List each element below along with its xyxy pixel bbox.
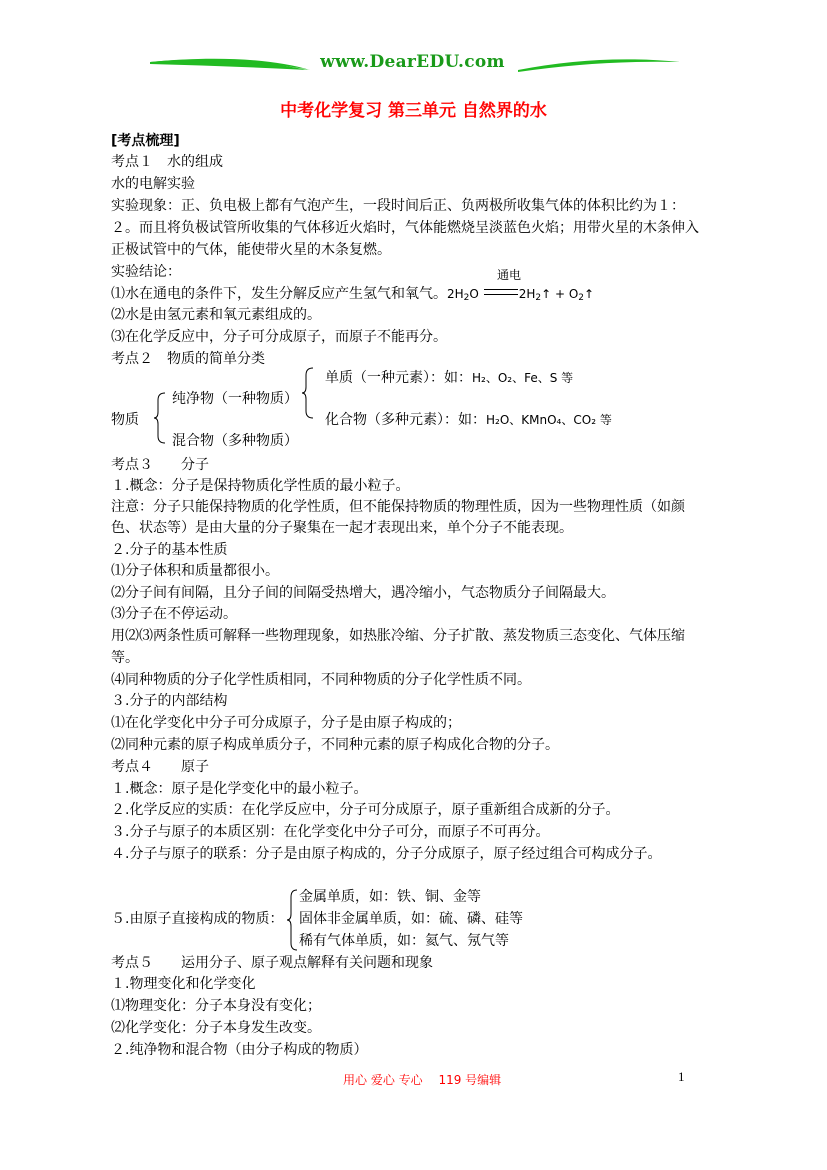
kp4-l5-item: 稀有气体单质，如：氦气、氖气等 [299, 931, 509, 952]
kp1-phenomenon-3: 正极试管中的气体，能使带火星的木条复燃。 [111, 240, 391, 261]
kp4-l5-item: 固体非金属单质，如：硫、磷、硅等 [299, 909, 523, 930]
kp1-heading: 考点１ 水的组成 [111, 152, 223, 173]
kp5-l3: ⑵化学变化：分子本身发生改变。 [111, 1018, 321, 1039]
section-label: [考点梳理] [111, 131, 180, 152]
kp3-l6: ⑵分子间有间隔，且分子间的间隔受热增大，遇冷缩小，气态物质分子间隔最大。 [111, 583, 615, 604]
kp4-l3: ３.分子与原子的本质区别：在化学变化中分子可分，而原子不可再分。 [111, 822, 549, 843]
site-banner: www.DearEDU.com [150, 48, 680, 78]
left-brace-icon [286, 889, 298, 951]
kp3-l1: １.概念：分子是保持物质化学性质的最小粒子。 [111, 476, 409, 497]
kp2-root: 物质 [111, 410, 139, 431]
kp5-l4: ２.纯净物和混合物（由分子构成的物质） [111, 1040, 367, 1061]
kp4-l1: １.概念：原子是化学变化中的最小粒子。 [111, 779, 367, 800]
kp3-l13: ⑵同种元素的原子构成单质分子，不同种元素的原子构成化合物的分子。 [111, 735, 559, 756]
kp2-compound: 化合物（多种元素）：如：H₂O、KMnO₄、CO₂ 等 [325, 410, 612, 431]
kp4-l5-label: ５.由原子直接构成的物质： [111, 909, 283, 930]
page-title: 中考化学复习 第三单元 自然界的水 [0, 96, 827, 121]
footer-text: 用心 爱心 专心 119 号编辑 [343, 1071, 501, 1088]
equation-condition: 通电 [497, 266, 521, 283]
kp3-l7: ⑶分子在不停运动。 [111, 604, 237, 625]
kp3-l12: ⑴在化学变化中分子可分成原子，分子是由原子构成的； [111, 713, 461, 734]
kp4-l5-item: 金属单质，如：铁、铜、金等 [299, 887, 481, 908]
kp3-l9: 等。 [111, 648, 139, 669]
kp1-conclusion-label: 实验结论： [111, 262, 181, 283]
kp1-c3: ⑶在化学反应中，分子可分成原子，而原子不能再分。 [111, 327, 447, 348]
equals-sign-icon [484, 289, 518, 295]
kp1-phenomenon-1: 实验现象：正、负电极上都有气泡产生，一段时间后正、负两极所收集气体的体积比约为１… [111, 196, 685, 217]
kp2-pure: 纯净物（一种物质） [172, 389, 298, 410]
kp1-sub: 水的电解实验 [111, 174, 195, 195]
kp5-l1: １.物理变化和化学变化 [111, 974, 255, 995]
kp3-l10: ⑷同种物质的分子化学性质相同，不同种物质的分子化学性质不同。 [111, 670, 531, 691]
kp5-heading: 考点５ 运用分子、原子观点解释有关问题和现象 [111, 953, 433, 974]
kp4-l2: ２.化学反应的实质：在化学反应中，分子可分成原子，原子重新组合成新的分子。 [111, 800, 619, 821]
kp3-l5: ⑴分子体积和质量都很小。 [111, 561, 279, 582]
electrolysis-equation: 2H2O 2H2↑ + O2↑ [447, 287, 594, 301]
kp3-l2: 注意：分子只能保持物质的化学性质，但不能保持物质的物理性质，因为一些物理性质（如… [111, 497, 685, 518]
kp2-heading: 考点２ 物质的简单分类 [111, 349, 265, 370]
kp1-c2: ⑵水是由氢元素和氧元素组成的。 [111, 305, 321, 326]
left-brace-icon [301, 367, 315, 419]
kp1-c1-text: ⑴水在通电的条件下，发生分解反应产生氢气和氧气。 [111, 286, 447, 302]
kp2-mixture: 混合物（多种物质） [172, 431, 298, 452]
kp1-phenomenon-2: ２。而且将负极试管所收集的气体移近火焰时，气体能燃烧呈淡蓝色火焰；用带火星的木条… [111, 218, 699, 239]
kp4-heading: 考点４ 原子 [111, 757, 209, 778]
kp2-element: 单质（一种元素）：如：H₂、O₂、Fe、S 等 [325, 368, 573, 389]
site-url: www.DearEDU.com [310, 52, 515, 72]
kp4-l4: ４.分子与原子的联系：分子是由原子构成的，分子分成原子，原子经过组合可构成分子。 [111, 844, 661, 865]
page-number: 1 [678, 1069, 685, 1085]
kp3-heading: 考点３ 分子 [111, 455, 209, 476]
kp3-l8: 用⑵⑶两条性质可解释一些物理现象，如热胀冷缩、分子扩散、蒸发物质三态变化、气体压… [111, 626, 685, 647]
kp3-l3: 色、状态等）是由大量的分子聚集在一起才表现出来，单个分子不能表现。 [111, 518, 573, 539]
kp3-l4: ２.分子的基本性质 [111, 540, 227, 561]
left-brace-icon [153, 392, 167, 444]
kp5-l2: ⑴物理变化：分子本身没有变化； [111, 996, 321, 1017]
kp3-l11: ３.分子的内部结构 [111, 691, 227, 712]
